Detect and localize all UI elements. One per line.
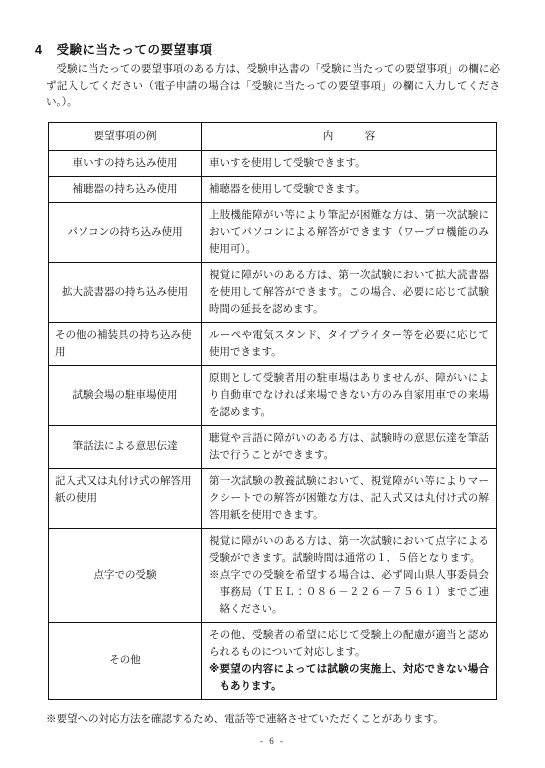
request-content-cell: 車いすを使用して受験できます。 — [202, 150, 497, 176]
content-note-bold: ※要望の内容によっては試験の実施上、対応できない場合もあります。 — [209, 661, 489, 695]
content-text: ※点字での受験を希望する場合は、必ず岡山県人事委員会事務局（ＴＥＬ：０８６－２２… — [209, 567, 489, 618]
document-page: 4受験に当たっての要望事項 受験に当たっての要望事項のある方は、受験申込書の「受… — [0, 0, 545, 768]
table-row: 筆話法による意思伝達聴覚や言語に障がいのある方は、試験時の意思伝達を筆話法で行う… — [49, 425, 497, 468]
request-example-cell: 筆話法による意思伝達 — [49, 425, 202, 468]
table-row: 記入式又は丸付け式の解答用紙の使用第一次試験の教養試験において、視覚障がい等によ… — [49, 468, 497, 528]
content-text: 原則として受験者用の駐車場はありませんが、障がいにより自動車でなければ来場できな… — [209, 370, 489, 421]
section-title: 受験に当たっての要望事項 — [56, 43, 212, 57]
table-body: 車いすの持ち込み使用車いすを使用して受験できます。補聴器の持ち込み使用補聴器を使… — [49, 150, 497, 699]
request-example-cell: 試験会場の駐車場使用 — [49, 365, 202, 425]
request-content-cell: その他、受験者の希望に応じて受験上の配慮が適当と認められるものについて対応します… — [202, 622, 497, 699]
table-header-content: 内 容 — [202, 122, 497, 150]
table-row: 試験会場の駐車場使用原則として受験者用の駐車場はありませんが、障がいにより自動車… — [49, 365, 497, 425]
request-example-cell: 拡大読書器の持ち込み使用 — [49, 262, 202, 322]
request-content-cell: 視覚に障がいのある方は、第一次試験において点字による受験ができます。試験時間は通… — [202, 528, 497, 622]
content-text: その他、受験者の希望に応じて受験上の配慮が適当と認められるものについて対応します… — [209, 627, 489, 661]
request-example-cell: パソコンの持ち込み使用 — [49, 202, 202, 262]
section-heading: 4受験に当たっての要望事項 — [35, 40, 505, 58]
content-text: 聴覚や言語に障がいのある方は、試験時の意思伝達を筆話法で行うことができます。 — [209, 430, 489, 464]
accommodation-requests-table: 要望事項の例 内 容 車いすの持ち込み使用車いすを使用して受験できます。補聴器の… — [48, 122, 497, 700]
request-content-cell: 聴覚や言語に障がいのある方は、試験時の意思伝達を筆話法で行うことができます。 — [202, 425, 497, 468]
content-text: 第一次試験の教養試験において、視覚障がい等によりマークシートでの解答が困難な方は… — [209, 473, 489, 524]
table-header-request-example: 要望事項の例 — [49, 122, 202, 150]
content-text: 視覚に障がいのある方は、第一次試験において点字による受験ができます。試験時間は通… — [209, 533, 489, 567]
footnote: ※要望への対応方法を確認するため、電話等で連絡させていただくことがあります。 — [46, 712, 505, 728]
table-row: その他の補装具の持ち込み使用ルーペや電気スタンド、タイプライター等を必要に応じて… — [49, 322, 497, 365]
table-row: パソコンの持ち込み使用上肢機能障がい等により筆記が困難な方は、第一次試験において… — [49, 202, 497, 262]
request-example-cell: その他の補装具の持ち込み使用 — [49, 322, 202, 365]
request-content-cell: 上肢機能障がい等により筆記が困難な方は、第一次試験においてパソコンによる解答がで… — [202, 202, 497, 262]
request-content-cell: 視覚に障がいのある方は、第一次試験において拡大読書器を使用して解答ができます。こ… — [202, 262, 497, 322]
content-text: 上肢機能障がい等により筆記が困難な方は、第一次試験においてパソコンによる解答がで… — [209, 207, 489, 258]
request-example-cell: その他 — [49, 622, 202, 699]
content-text: 補聴器を使用して受験できます。 — [209, 181, 489, 198]
request-example-cell: 車いすの持ち込み使用 — [49, 150, 202, 176]
request-content-cell: ルーペや電気スタンド、タイプライター等を必要に応じて使用できます。 — [202, 322, 497, 365]
table-row: その他その他、受験者の希望に応じて受験上の配慮が適当と認められるものについて対応… — [49, 622, 497, 699]
request-example-cell: 補聴器の持ち込み使用 — [49, 176, 202, 202]
request-content-cell: 第一次試験の教養試験において、視覚障がい等によりマークシートでの解答が困難な方は… — [202, 468, 497, 528]
intro-paragraph: 受験に当たっての要望事項のある方は、受験申込書の「受験に当たっての要望事項」の欄… — [46, 62, 500, 112]
content-text: ルーペや電気スタンド、タイプライター等を必要に応じて使用できます。 — [209, 327, 489, 361]
request-example-cell: 点字での受験 — [49, 528, 202, 622]
request-content-cell: 原則として受験者用の駐車場はありませんが、障がいにより自動車でなければ来場できな… — [202, 365, 497, 425]
table-head: 要望事項の例 内 容 — [49, 122, 497, 150]
table-row: 車いすの持ち込み使用車いすを使用して受験できます。 — [49, 150, 497, 176]
section-number: 4 — [35, 43, 42, 57]
content-text: 車いすを使用して受験できます。 — [209, 155, 489, 172]
table-row: 点字での受験視覚に障がいのある方は、第一次試験において点字による受験ができます。… — [49, 528, 497, 622]
content-text: 視覚に障がいのある方は、第一次試験において拡大読書器を使用して解答ができます。こ… — [209, 267, 489, 318]
table-row: 拡大読書器の持ち込み使用視覚に障がいのある方は、第一次試験において拡大読書器を使… — [49, 262, 497, 322]
table-header-row: 要望事項の例 内 容 — [49, 122, 497, 150]
request-content-cell: 補聴器を使用して受験できます。 — [202, 176, 497, 202]
table-row: 補聴器の持ち込み使用補聴器を使用して受験できます。 — [49, 176, 497, 202]
request-example-cell: 記入式又は丸付け式の解答用紙の使用 — [49, 468, 202, 528]
page-number: - 6 - — [0, 736, 545, 746]
